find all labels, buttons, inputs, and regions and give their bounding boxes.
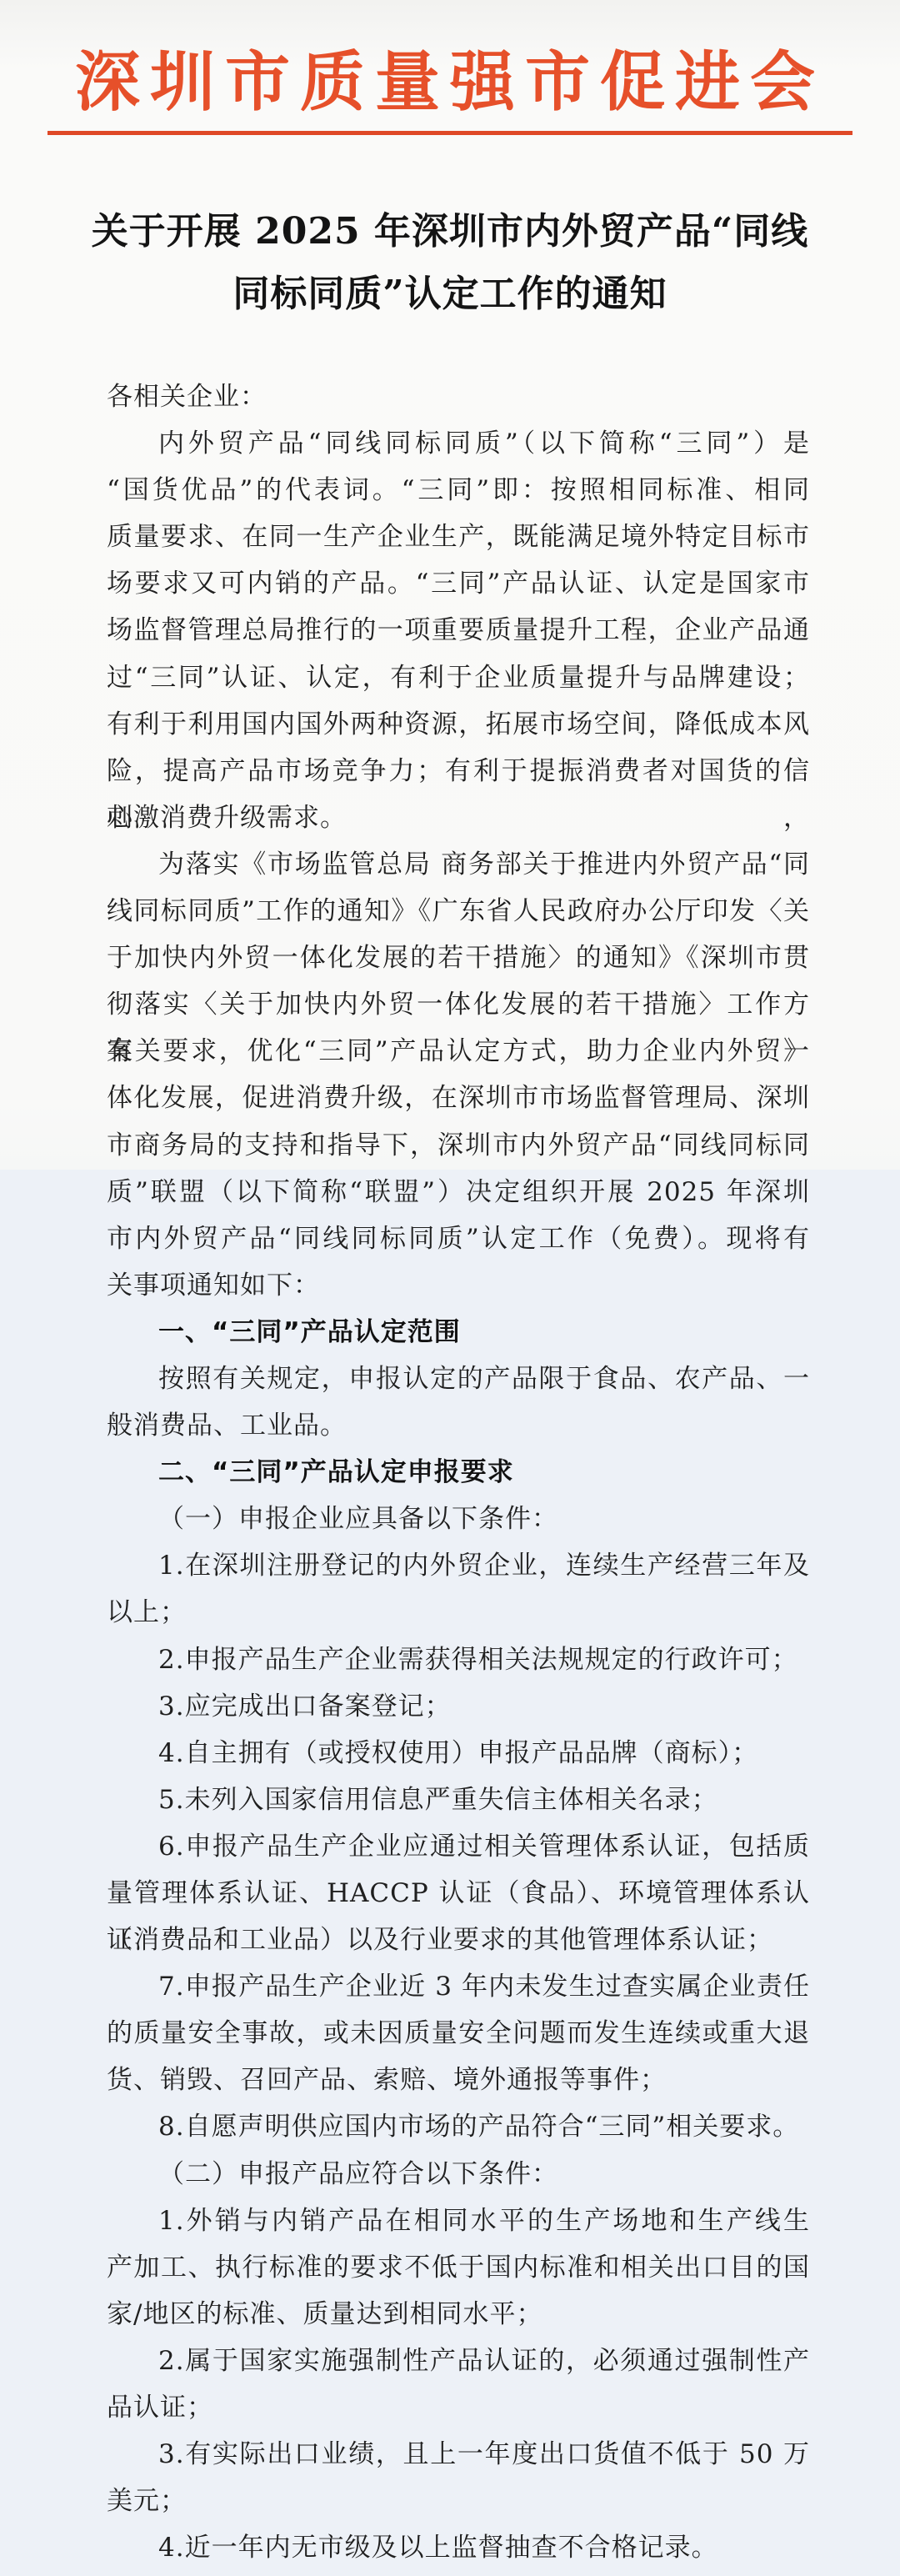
body-line: 的质量安全事故，或未因质量安全问题而发生连续或重大退	[107, 2010, 810, 2057]
body-line: 7.申报产品生产企业近 3 年内未发生过查实属企业责任	[107, 1963, 810, 2010]
document-title-line1: 关于开展 2025 年深圳市内外贸产品“同线	[58, 200, 842, 263]
body-line: 市商务局的支持和指导下，深圳市内外贸产品“同线同标同	[107, 1122, 810, 1169]
notice-document-page: 深圳市质量强市促进会 关于开展 2025 年深圳市内外贸产品“同线 同标同质”认…	[0, 0, 900, 2576]
section-heading: 二、“三同”产品认定申报要求	[107, 1449, 810, 1496]
body-line: 为落实《市场监管总局 商务部关于推进内外贸产品“同	[107, 841, 810, 888]
document-body: 各相关企业：内外贸产品“同线同标同质”（以下简称“三同”）是“国货优品”的代表词…	[107, 373, 810, 2571]
body-line: 质量要求、在同一生产企业生产，既能满足境外特定目标市	[107, 514, 810, 560]
body-line: 4.近一年内无市级及以上监督抽查不合格记录。	[107, 2524, 810, 2571]
body-line: 险，提高产品市场竞争力；有利于提振消费者对国货的信心，	[107, 748, 810, 794]
body-line: 彻落实〈关于加快内外贸一体化发展的若干措施〉工作方案》	[107, 981, 810, 1028]
body-line: 关事项通知如下：	[107, 1262, 810, 1309]
body-line: 3.有实际出口业绩，且上一年度出口货值不低于 50 万	[107, 2431, 810, 2478]
document-title-line2: 同标同质”认定工作的通知	[58, 263, 842, 325]
body-line: 6.申报产品生产企业应通过相关管理体系认证，包括质	[107, 1823, 810, 1870]
body-line: 4.自主拥有（或授权使用）申报产品品牌（商标）；	[107, 1730, 810, 1777]
body-line: 内外贸产品“同线同标同质”（以下简称“三同”）是	[107, 420, 810, 467]
body-line: 8.自愿声明供应国内市场的产品符合“三同”相关要求。	[107, 2103, 810, 2150]
body-line: （消费品和工业品）以及行业要求的其他管理体系认证；	[107, 1917, 810, 1963]
body-line: 体化发展，促进消费升级，在深圳市市场监督管理局、深圳	[107, 1075, 810, 1121]
body-line: 有利于利用国内国外两种资源，拓展市场空间，降低成本风	[107, 701, 810, 748]
body-line: 场监督管理总局推行的一项重要质量提升工程，企业产品通	[107, 607, 810, 654]
body-line: 1.外销与内销产品在相同水平的生产场地和生产线生	[107, 2198, 810, 2244]
letterhead-divider	[47, 131, 852, 135]
body-line: 2.申报产品生产企业需获得相关法规规定的行政许可；	[107, 1636, 810, 1683]
body-line: 家/地区的标准、质量达到相同水平；	[107, 2291, 810, 2338]
body-line: 各相关企业：	[107, 373, 810, 420]
body-line: 品认证；	[107, 2384, 810, 2431]
body-line: 5.未列入国家信用信息严重失信主体相关名录；	[107, 1777, 810, 1823]
body-line: 于加快内外贸一体化发展的若干措施〉的通知》《深圳市贯	[107, 935, 810, 981]
section-heading: 一、“三同”产品认定范围	[107, 1309, 810, 1356]
body-line: 场要求又可内销的产品。“三同”产品认证、认定是国家市	[107, 560, 810, 607]
body-line: 以上；	[107, 1589, 810, 1636]
body-line: 质”联盟（以下简称“联盟”）决定组织开展 2025 年深圳	[107, 1169, 810, 1215]
body-line: 3.应完成出口备案登记；	[107, 1683, 810, 1730]
body-line: 过“三同”认证、认定，有利于企业质量提升与品牌建设；	[107, 654, 810, 701]
body-line: 按照有关规定，申报认定的产品限于食品、农产品、一	[107, 1356, 810, 1402]
body-line: （一）申报企业应具备以下条件：	[107, 1496, 810, 1542]
body-line: 市内外贸产品“同线同标同质”认定工作（免费）。现将有	[107, 1215, 810, 1262]
body-line: 2.属于国家实施强制性产品认证的，必须通过强制性产	[107, 2338, 810, 2384]
body-line: （二）申报产品应符合以下条件：	[107, 2151, 810, 2198]
body-line: 有关要求，优化“三同”产品认定方式，助力企业内外贸一	[107, 1028, 810, 1075]
body-line: 货、销毁、召回产品、索赔、境外通报等事件；	[107, 2057, 810, 2103]
body-line: 线同标同质”工作的通知》《广东省人民政府办公厅印发〈关	[107, 888, 810, 935]
body-line: 美元；	[107, 2478, 810, 2524]
document-title: 关于开展 2025 年深圳市内外贸产品“同线 同标同质”认定工作的通知	[58, 200, 842, 325]
body-line: “国货优品”的代表词。“三同”即：按照相同标准、相同	[107, 467, 810, 514]
body-line: 产加工、执行标准的要求不低于国内标准和相关出口目的国	[107, 2244, 810, 2291]
organization-letterhead: 深圳市质量强市促进会	[0, 37, 900, 128]
body-line: 般消费品、工业品。	[107, 1402, 810, 1449]
body-line: 量管理体系认证、HACCP 认证（食品）、环境管理体系认证	[107, 1870, 810, 1917]
body-line: 1.在深圳注册登记的内外贸企业，连续生产经营三年及	[107, 1542, 810, 1589]
